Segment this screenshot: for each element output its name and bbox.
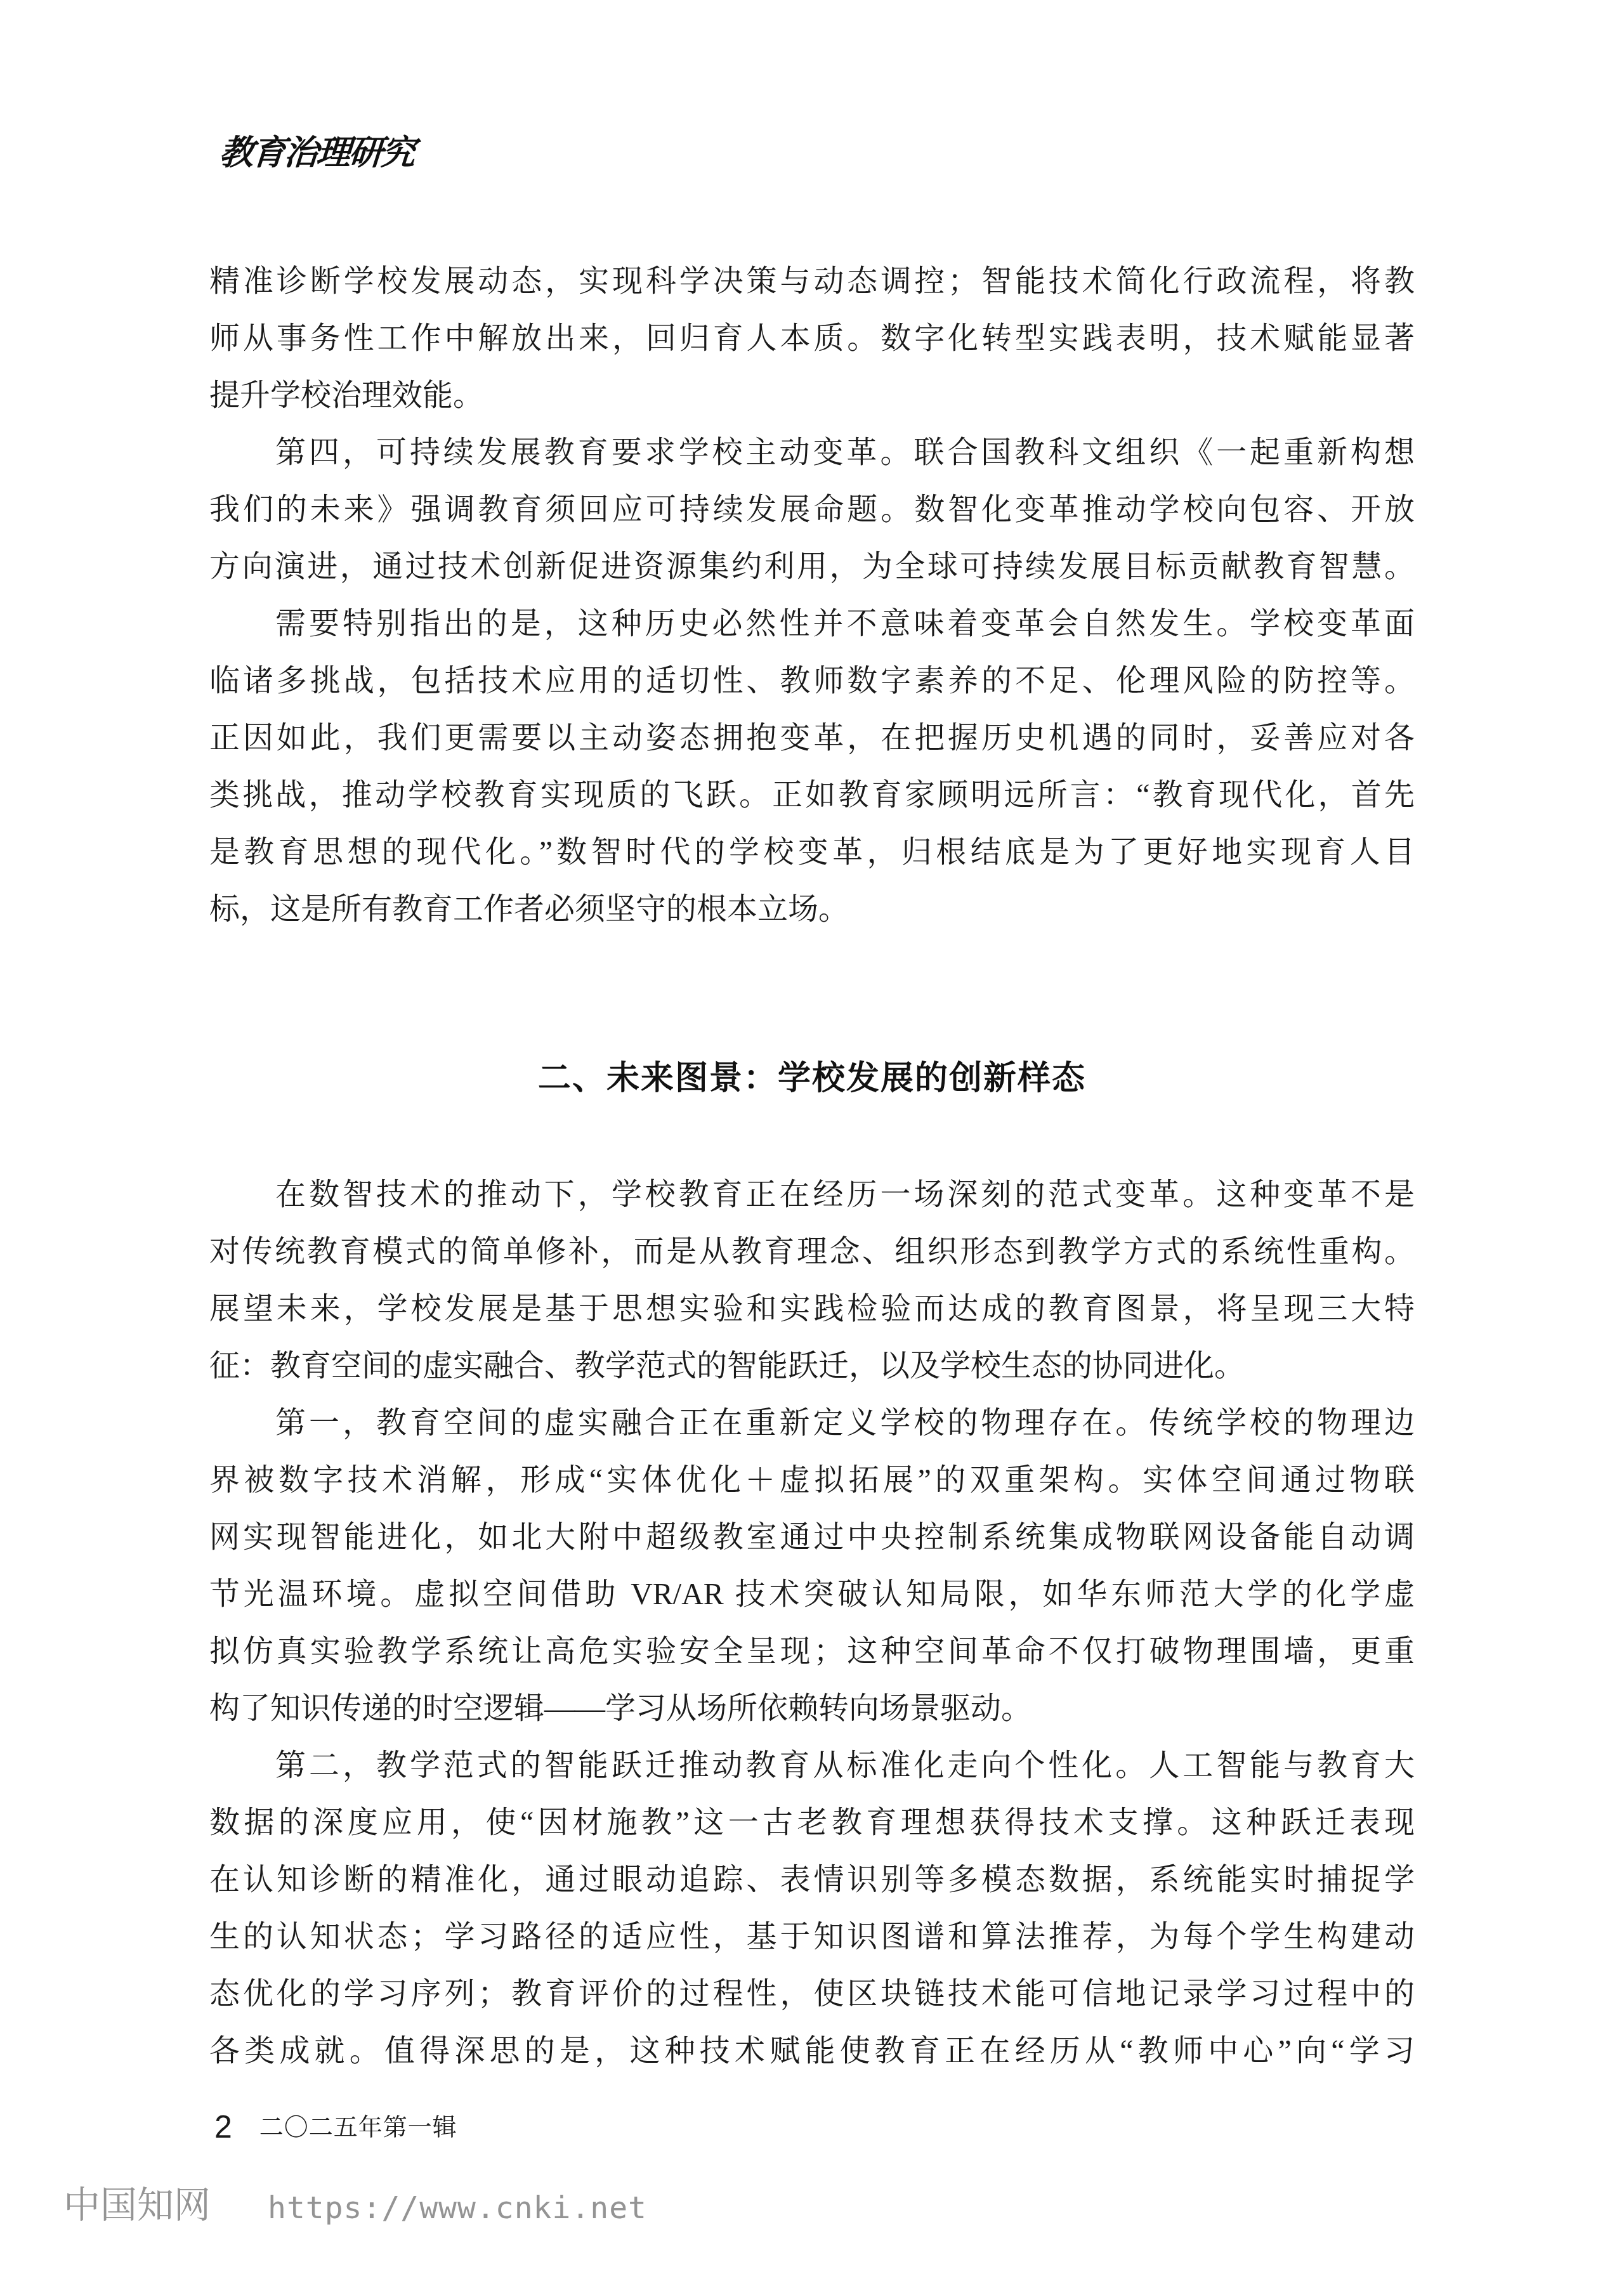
text-line: 标，这是所有教育工作者必须坚守的根本立场。 [209, 881, 1415, 938]
cnki-site-name: 中国知网 [63, 2186, 211, 2225]
section-heading: 二、未来图景：学校发展的创新样态 [209, 1050, 1415, 1107]
section-paragraphs: 在数智技术的推动下，学校教育正在经历一场深刻的范式变革。这种变革不是对传统教育模… [209, 1167, 1415, 2080]
text-line: 第一，教育空间的虚实融合正在重新定义学校的物理存在。传统学校的物理边 [209, 1395, 1415, 1452]
text-line: 师从事务性工作中解放出来，回归育人本质。数字化转型实践表明，技术赋能显著 [209, 310, 1415, 367]
cnki-url: https://www.cnki.net [268, 2186, 647, 2225]
paragraph: 第二，教学范式的智能跃迁推动教育从标准化走向个性化。人工智能与教育大数据的深度应… [209, 1737, 1415, 2080]
page-footer: 2 二〇二五年第一辑 [214, 2112, 457, 2140]
text-line: 在数智技术的推动下，学校教育正在经历一场深刻的范式变革。这种变革不是 [209, 1167, 1415, 1224]
text-line: 第四，可持续发展教育要求学校主动变革。联合国教科文组织《一起重新构想 [209, 424, 1415, 481]
text-line: 需要特别指出的是，这种历史必然性并不意味着变革会自然发生。学校变革面 [209, 596, 1415, 653]
text-line: 态优化的学习序列；教育评价的过程性，使区块链技术能可信地记录学习过程中的 [209, 1966, 1415, 2023]
text-line: 我们的未来》强调教育须回应可持续发展命题。数智化变革推动学校向包容、开放 [209, 481, 1415, 539]
text-line: 各类成就。值得深思的是，这种技术赋能使教育正在经历从“教师中心”向“学习 [209, 2023, 1415, 2080]
text-line: 在认知诊断的精准化，通过眼动追踪、表情识别等多模态数据，系统能实时捕捉学 [209, 1852, 1415, 1909]
cnki-watermark: 中国知网 https://www.cnki.net [63, 2186, 647, 2225]
text-line: 征：教育空间的虚实融合、教学范式的智能跃迁，以及学校生态的协同进化。 [209, 1338, 1415, 1395]
text-line: 数据的深度应用，使“因材施教”这一古老教育理想获得技术支撑。这种跃迁表现 [209, 1794, 1415, 1852]
journal-logo: 教育治理研究 [218, 126, 415, 174]
paragraph: 第四，可持续发展教育要求学校主动变革。联合国教科文组织《一起重新构想我们的未来》… [209, 424, 1415, 596]
text-line: 正因如此，我们更需要以主动姿态拥抱变革，在把握历史机遇的同时，妥善应对各 [209, 710, 1415, 767]
text-line: 类挑战，推动学校教育实现质的飞跃。正如教育家顾明远所言：“教育现代化，首先 [209, 767, 1415, 824]
text-line: 节光温环境。虚拟空间借助 VR/AR 技术突破认知局限，如华东师范大学的化学虚 [209, 1566, 1415, 1623]
paragraph: 精准诊断学校发展动态，实现科学决策与动态调控；智能技术简化行政流程，将教师从事务… [209, 253, 1415, 424]
text-line: 是教育思想的现代化。”数智时代的学校变革，归根结底是为了更好地实现育人目 [209, 824, 1415, 881]
text-line: 对传统教育模式的简单修补，而是从教育理念、组织形态到教学方式的系统性重构。 [209, 1224, 1415, 1281]
text-line: 拟仿真实验教学系统让高危实验安全呈现；这种空间革命不仅打破物理围墙，更重 [209, 1623, 1415, 1680]
text-line: 网实现智能进化，如北大附中超级教室通过中央控制系统集成物联网设备能自动调 [209, 1509, 1415, 1566]
text-line: 构了知识传递的时空逻辑——学习从场所依赖转向场景驱动。 [209, 1680, 1415, 1737]
issue-label: 二〇二五年第一辑 [259, 2115, 457, 2140]
text-line: 提升学校治理效能。 [209, 367, 1415, 424]
paragraph: 第一，教育空间的虚实融合正在重新定义学校的物理存在。传统学校的物理边界被数字技术… [209, 1395, 1415, 1737]
paragraph: 在数智技术的推动下，学校教育正在经历一场深刻的范式变革。这种变革不是对传统教育模… [209, 1167, 1415, 1395]
article-body: 精准诊断学校发展动态，实现科学决策与动态调控；智能技术简化行政流程，将教师从事务… [209, 253, 1415, 2080]
text-line: 界被数字技术消解，形成“实体优化＋虚拟拓展”的双重架构。实体空间通过物联 [209, 1452, 1415, 1509]
lead-paragraphs: 精准诊断学校发展动态，实现科学决策与动态调控；智能技术简化行政流程，将教师从事务… [209, 253, 1415, 938]
text-line: 第二，教学范式的智能跃迁推动教育从标准化走向个性化。人工智能与教育大 [209, 1737, 1415, 1794]
page-number: 2 [214, 2114, 232, 2140]
journal-page: 教育治理研究 精准诊断学校发展动态，实现科学决策与动态调控；智能技术简化行政流程… [0, 0, 1624, 2281]
text-line: 临诸多挑战，包括技术应用的适切性、教师数字素养的不足、伦理风险的防控等。 [209, 653, 1415, 710]
text-line: 方向演进，通过技术创新促进资源集约利用，为全球可持续发展目标贡献教育智慧。 [209, 539, 1415, 596]
text-line: 精准诊断学校发展动态，实现科学决策与动态调控；智能技术简化行政流程，将教 [209, 253, 1415, 310]
text-line: 生的认知状态；学习路径的适应性，基于知识图谱和算法推荐，为每个学生构建动 [209, 1909, 1415, 1966]
paragraph: 需要特别指出的是，这种历史必然性并不意味着变革会自然发生。学校变革面临诸多挑战，… [209, 596, 1415, 938]
text-line: 展望未来，学校发展是基于思想实验和实践检验而达成的教育图景，将呈现三大特 [209, 1281, 1415, 1338]
